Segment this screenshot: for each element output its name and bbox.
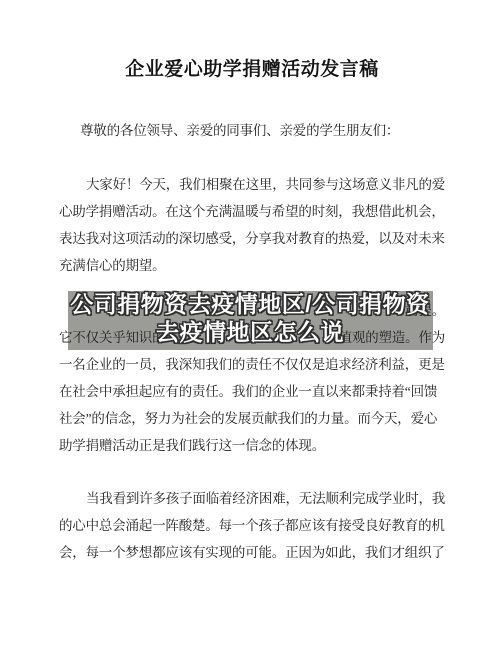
paragraph-children: 当我看到许多孩子面临着经济困难，无法顺利完成学业时，我 的心中总会涌起一阵酸楚。… [59,485,445,566]
text-line: 在社会中承担起应有的责任。我们的企业一直以来都秉持着“回馈 [59,378,445,405]
watermark-text: 公司捐物资去疫情地区/公司捐物资 去疫情地区怎么说 [0,290,500,346]
text-line: 助学捐赠活动正是我们践行这一信念的体现。 [59,432,445,459]
document-body: 企业爱心助学捐赠活动发言稿 尊敬的各位领导、亲爱的同事们、亲爱的学生朋友们： 大… [0,0,500,566]
paragraph-opening: 大家好！今天，我们相聚在这里，共同参与这场意义非凡的爱 心助学捐赠活动。在这个充… [59,171,445,279]
document-title: 企业爱心助学捐赠活动发言稿 [59,56,445,83]
text-line: 大家好！今天，我们相聚在这里，共同参与这场意义非凡的爱 [59,171,445,198]
text-line: 会，每一个梦想都应该有实现的可能。正因为如此，我们才组织了 [59,539,445,566]
document-page: 企业爱心助学捐赠活动发言稿 尊敬的各位领导、亲爱的同事们、亲爱的学生朋友们： 大… [0,0,500,647]
watermark-line2: 去疫情地区怎么说 [0,318,500,346]
watermark-line1: 公司捐物资去疫情地区/公司捐物资 [0,290,500,318]
text-line: 社会”的信念，努力为社会的发展贡献我们的力量。而今天，爱心 [59,405,445,432]
text-line: 心助学捐赠活动。在这个充满温暖与希望的时刻，我想借此机会， [59,198,445,225]
greeting-line: 尊敬的各位领导、亲爱的同事们、亲爱的学生朋友们： [59,117,445,144]
text-line: 的心中总会涌起一阵酸楚。每一个孩子都应该有接受良好教育的机 [59,512,445,539]
text-line: 一名企业的一员，我深知我们的责任不仅仅是追求经济利益，更是 [59,351,445,378]
paragraph-greeting: 尊敬的各位领导、亲爱的同事们、亲爱的学生朋友们： [59,117,445,144]
text-line: 充满信心的期望。 [59,252,445,279]
text-line: 表达我对这项活动的深切感受，分享我对教育的热爱，以及对未来 [59,225,445,252]
text-line: 当我看到许多孩子面临着经济困难，无法顺利完成学业时，我 [59,485,445,512]
